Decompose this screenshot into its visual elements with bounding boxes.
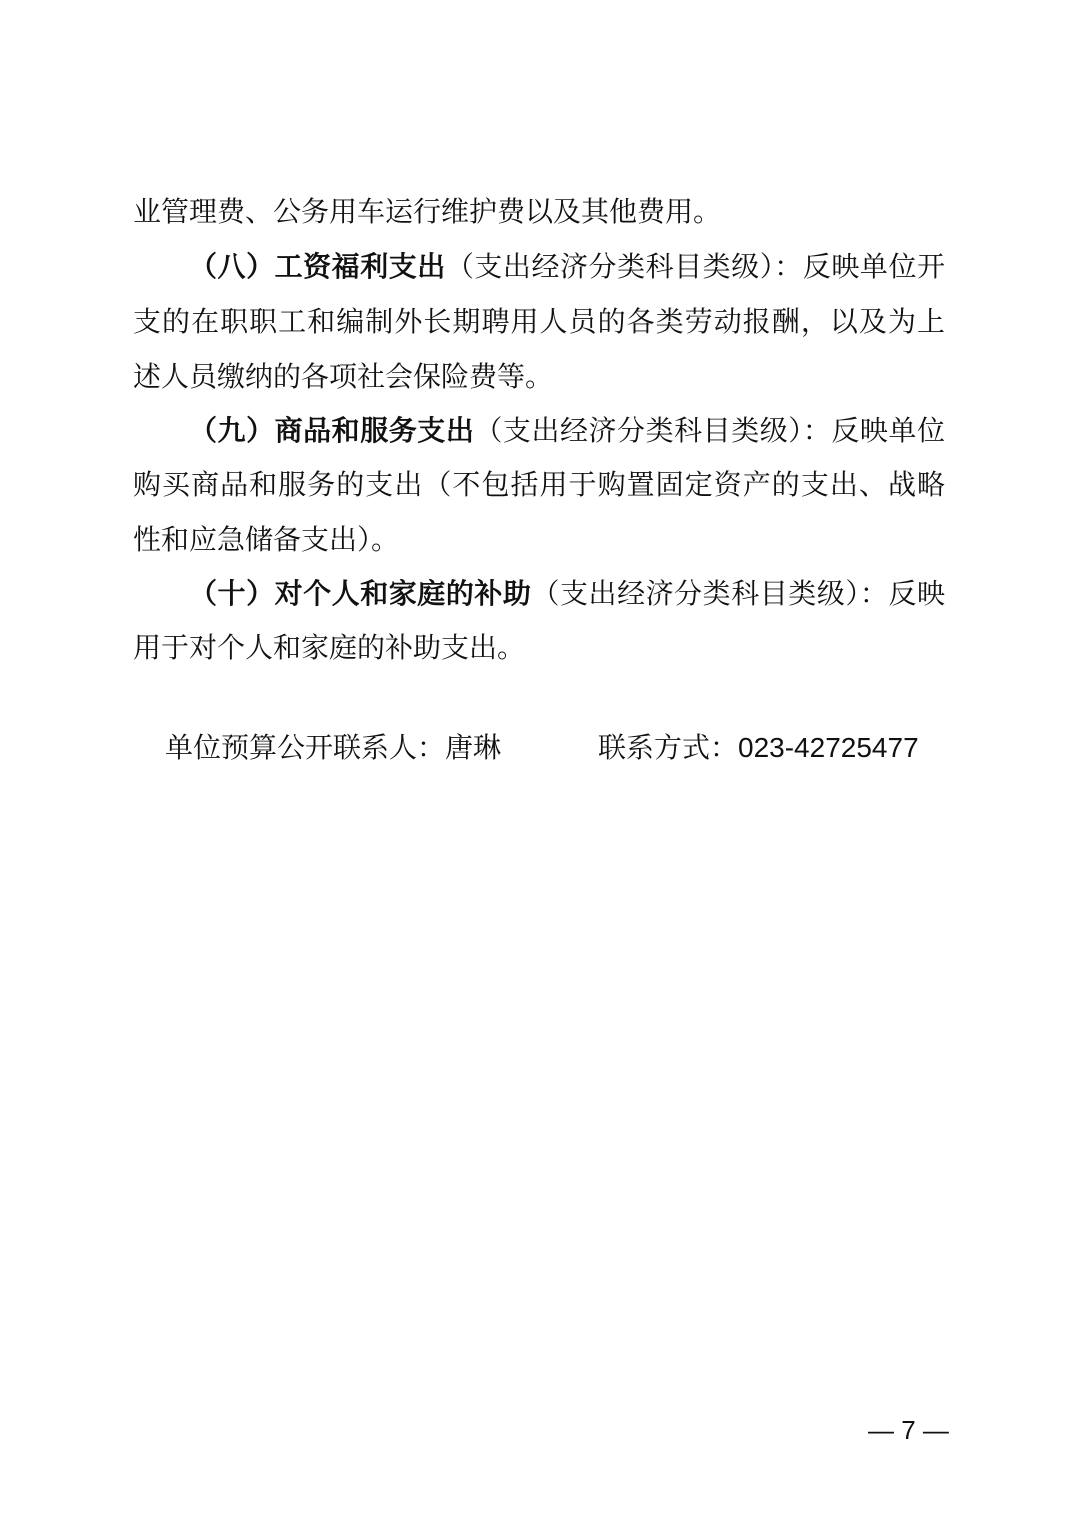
line-text: （支出经济分类科目类级）：反映单位开 <box>446 250 945 283</box>
page-number: — 7 — <box>868 1410 949 1450</box>
line-text: 用于对个人和家庭的补助支出。 <box>133 631 525 664</box>
contact-person: 单位预算公开联系人：唐琳 <box>165 728 501 768</box>
contact-person-name: 唐琳 <box>445 731 501 764</box>
section-9-heading-line: （九）商品和服务支出（支出经济分类科目类级）：反映单位 <box>189 411 945 451</box>
line-text: 支的在职职工和编制外长期聘用人员的各类劳动报酬，以及为上 <box>133 305 945 338</box>
section-10-heading-line: （十）对个人和家庭的补助（支出经济分类科目类级）：反映 <box>189 574 945 614</box>
paragraph-line: 用于对个人和家庭的补助支出。 <box>133 628 945 668</box>
paragraph-line: 购买商品和服务的支出（不包括用于购置固定资产的支出、战略 <box>133 465 945 505</box>
line-text: 述人员缴纳的各项社会保险费等。 <box>133 360 553 393</box>
line-text: 业管理费、公务用车运行维护费以及其他费用。 <box>133 195 721 228</box>
line-text: （支出经济分类科目类级）：反映 <box>531 577 945 610</box>
line-text: （支出经济分类科目类级）：反映单位 <box>474 414 945 447</box>
section-heading: （十）对个人和家庭的补助 <box>189 577 531 610</box>
paragraph-line: 述人员缴纳的各项社会保险费等。 <box>133 357 945 397</box>
paragraph-line: 性和应急储备支出）。 <box>133 520 945 560</box>
section-heading: （九）商品和服务支出 <box>189 414 474 447</box>
contact-phone: 联系方式：023-42725477 <box>598 728 919 768</box>
contact-phone-label: 联系方式： <box>598 731 738 764</box>
line-text: 性和应急储备支出）。 <box>133 523 399 556</box>
paragraph-line: 业管理费、公务用车运行维护费以及其他费用。 <box>133 192 945 232</box>
paragraph-line: 支的在职职工和编制外长期聘用人员的各类劳动报酬，以及为上 <box>133 302 945 342</box>
section-heading: （八）工资福利支出 <box>189 250 446 283</box>
contact-person-label: 单位预算公开联系人： <box>165 731 445 764</box>
document-page: 业管理费、公务用车运行维护费以及其他费用。 （八）工资福利支出（支出经济分类科目… <box>0 0 1074 1520</box>
contact-phone-number: 023-42725477 <box>738 732 919 763</box>
section-8-heading-line: （八）工资福利支出（支出经济分类科目类级）：反映单位开 <box>189 247 945 287</box>
line-text: 购买商品和服务的支出（不包括用于购置固定资产的支出、战略 <box>133 468 945 501</box>
